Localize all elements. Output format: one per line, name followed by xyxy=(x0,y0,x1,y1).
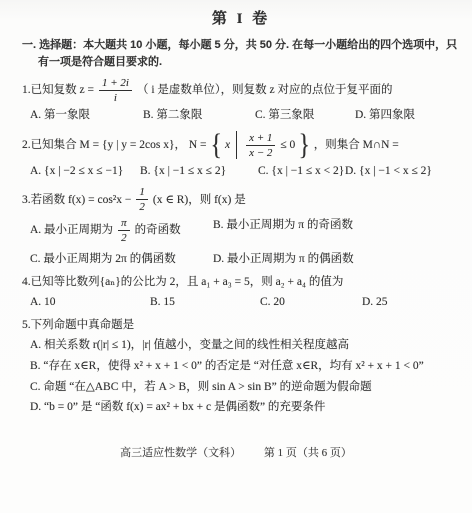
q2-fraction-numerator: x + 1 xyxy=(246,132,275,146)
footer-page-number: 第 1 页（共 6 页） xyxy=(264,447,352,459)
q5-option-a: A. 相关系数 r(|r| ≤ 1)，|r| 值越小，变量之间的线性相关程度越高 xyxy=(30,337,460,354)
question-4: 4.已知等比数列{aₙ}的公比为 2，且 a₁ + a₃ = 5，则 a₂ + … xyxy=(22,274,460,310)
q1-stem-pre: 1.已知复数 z = xyxy=(22,82,94,99)
page-footer: 高三适应性数学（文科） 第 1 页（共 6 页） xyxy=(0,444,472,460)
question-2-stem: 2.已知集合 M = {y | y = 2cos x}， N = { x x +… xyxy=(22,130,460,160)
question-2-options: A. {x | −2 ≤ x ≤ −1} B. {x | −1 ≤ x ≤ 2}… xyxy=(30,163,460,179)
question-5: 5.下列命题中真命题是 A. 相关系数 r(|r| ≤ 1)，|r| 值越小，变… xyxy=(22,317,460,416)
q2-option-b: B. {x | −1 ≤ x ≤ 2} xyxy=(140,163,258,179)
question-4-options: A. 10 B. 15 C. 20 D. 25 xyxy=(30,294,460,310)
q3-option-a-fraction: π 2 xyxy=(118,217,130,244)
question-1-options: A. 第一象限 B. 第二象限 C. 第三象限 D. 第四象限 xyxy=(30,107,460,123)
footer-exam-name: 高三适应性数学（文科） xyxy=(120,447,241,459)
exam-paper-page: 第 I 卷 一. 选择题：本大题共 10 小题，每小题 5 分，共 50 分. … xyxy=(0,0,472,513)
question-2: 2.已知集合 M = {y | y = 2cos x}， N = { x x +… xyxy=(22,130,460,179)
q5-option-d: D. “b = 0” 是 “函数 f(x) = ax² + bx + c 是偶函… xyxy=(30,399,460,416)
q3-option-b: B. 最小正周期为 π 的奇函数 xyxy=(213,217,460,244)
q4-option-b: B. 15 xyxy=(150,294,260,310)
q1-option-d: D. 第四象限 xyxy=(355,107,460,123)
q3-stem-post: (x ∈ R)，则 f(x) 是 xyxy=(153,192,246,209)
q4-option-a: A. 10 xyxy=(30,294,150,310)
q2-set-variable: x xyxy=(225,137,230,154)
q2-stem-pre: 2.已知集合 M = {y | y = 2cos x}， N = xyxy=(22,137,207,154)
q2-open-brace: { xyxy=(210,130,222,160)
q1-option-c: C. 第三象限 xyxy=(255,107,355,123)
q1-option-b: B. 第二象限 xyxy=(143,107,255,123)
q3-option-c: C. 最小正周期为 2π 的偶函数 xyxy=(30,251,213,267)
q2-option-d: D. {x | −1 < x ≤ 2} xyxy=(345,163,460,179)
q3-option-d: D. 最小正周期为 π 的偶函数 xyxy=(213,251,460,267)
q2-option-c: C. {x | −1 ≤ x < 2} xyxy=(258,163,345,179)
q3-fraction: 1 2 xyxy=(136,186,148,213)
q3-option-a-frac-num: π xyxy=(118,217,130,231)
q3-fraction-denominator: 2 xyxy=(139,200,145,213)
section-instructions: 一. 选择题：本大题共 10 小题，每小题 5 分，共 50 分. 在每一小题给… xyxy=(22,37,460,70)
question-5-options: A. 相关系数 r(|r| ≤ 1)，|r| 值越小，变量之间的线性相关程度越高… xyxy=(30,337,460,416)
q1-fraction-denominator: i xyxy=(114,91,117,104)
q1-fraction: 1 + 2i i xyxy=(99,77,132,104)
q3-option-a-frac-den: 2 xyxy=(121,231,127,244)
question-1-stem: 1.已知复数 z = 1 + 2i i （ i 是虚数单位），则复数 z 对应的… xyxy=(22,77,460,104)
question-5-stem: 5.下列命题中真命题是 xyxy=(22,317,460,334)
question-4-stem: 4.已知等比数列{aₙ}的公比为 2，且 a₁ + a₃ = 5，则 a₂ + … xyxy=(22,274,460,291)
q2-stem-post: ，则集合 M∩N = xyxy=(314,137,399,154)
page-title: 第 I 卷 xyxy=(22,7,460,28)
question-3-options: A. 最小正周期为 π 2 的奇函数 B. 最小正周期为 π 的奇函数 C. 最… xyxy=(30,217,460,267)
q4-option-c: C. 20 xyxy=(260,294,362,310)
q1-stem-post: （ i 是虚数单位），则复数 z 对应的点位于复平面的 xyxy=(137,82,393,99)
q2-option-a: A. {x | −2 ≤ x ≤ −1} xyxy=(30,163,140,179)
q2-close-brace: } xyxy=(299,130,311,160)
q3-option-a: A. 最小正周期为 π 2 的奇函数 xyxy=(30,217,213,244)
q5-option-c: C. 命题 “在△ABC 中，若 A > B，则 sin A > sin B” … xyxy=(30,379,460,396)
q2-condition: ≤ 0 xyxy=(280,137,295,154)
q2-set-divider xyxy=(236,131,237,159)
q1-option-a: A. 第一象限 xyxy=(30,107,143,123)
q3-fraction-numerator: 1 xyxy=(136,186,148,200)
q2-fraction: x + 1 x − 2 xyxy=(246,132,275,159)
q3-option-a-pre: A. 最小正周期为 xyxy=(30,222,113,238)
q2-fraction-denominator: x − 2 xyxy=(249,146,272,159)
question-1: 1.已知复数 z = 1 + 2i i （ i 是虚数单位），则复数 z 对应的… xyxy=(22,77,460,123)
question-3: 3.若函数 f(x) = cos²x − 1 2 (x ∈ R)，则 f(x) … xyxy=(22,186,460,266)
q5-option-b: B. “存在 x∈R，使得 x² + x + 1 < 0” 的否定是 “对任意 … xyxy=(30,358,460,375)
q3-stem-pre: 3.若函数 f(x) = cos²x − xyxy=(22,192,131,209)
q3-option-a-post: 的奇函数 xyxy=(135,222,181,238)
q1-fraction-numerator: 1 + 2i xyxy=(99,77,132,91)
q4-option-d: D. 25 xyxy=(362,294,460,310)
question-3-stem: 3.若函数 f(x) = cos²x − 1 2 (x ∈ R)，则 f(x) … xyxy=(22,186,460,213)
